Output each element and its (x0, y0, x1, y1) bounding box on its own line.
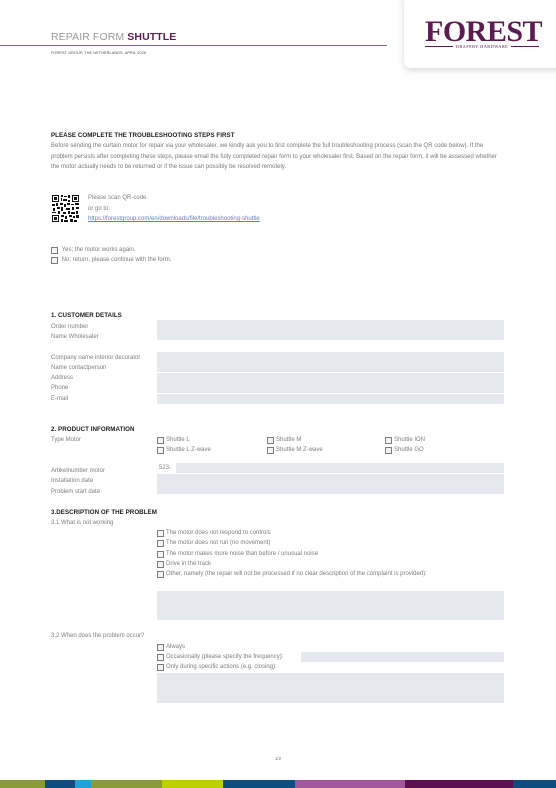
motor-shuttle-go[interactable]: Shuttle GO (385, 445, 424, 456)
option-label: Other, namely (the repair will not be pr… (166, 569, 427, 580)
option-label: The motor does not run (no movement) (166, 538, 270, 549)
label-when-occur: 3.2 When does the problem occur? (51, 631, 144, 641)
occur-specific-actions[interactable]: Only during specific actions (e.g. closi… (157, 662, 277, 673)
option-label: Only during specific actions (e.g. closi… (166, 662, 277, 673)
email-field[interactable] (157, 394, 504, 404)
logo-tagline-text: DRAPERY HARDWARE (456, 44, 508, 49)
checkbox[interactable] (385, 437, 392, 444)
product-heading: 2. PRODUCT INFORMATION (51, 426, 134, 433)
option-label: Shuttle M Z-wave (276, 445, 323, 456)
issue-drive-in-track[interactable]: Drive in the track (157, 559, 211, 570)
color-segment (0, 780, 45, 788)
article-number-field[interactable] (176, 463, 504, 473)
issue-no-movement[interactable]: The motor does not run (no movement) (157, 538, 270, 549)
checkbox[interactable] (157, 644, 164, 651)
label-installation-date: Installation date (51, 476, 93, 486)
qr-code-icon (52, 195, 79, 222)
option-label: The motor makes more noise than before /… (166, 549, 318, 560)
troubleshooting-link[interactable]: https://forestgroup.com/en/downloads/fil… (88, 214, 260, 224)
color-segment (405, 780, 513, 788)
dates-field[interactable] (157, 474, 504, 494)
label-name-wholesaler: Name Wholesaler (51, 332, 99, 342)
address-phone-field[interactable] (157, 373, 504, 393)
label-phone: Phone (51, 383, 68, 393)
checkbox[interactable] (385, 447, 392, 454)
color-segment (91, 780, 162, 788)
frequency-field[interactable] (301, 652, 504, 662)
issue-no-response[interactable]: The motor does not respond to controls (157, 528, 271, 539)
company-contact-field[interactable] (157, 352, 504, 372)
customer-heading: 1. CUSTOMER DETAILS (51, 312, 122, 319)
label-address: Address (51, 373, 73, 383)
checkbox[interactable] (157, 437, 164, 444)
motor-shuttle-m-zwave[interactable]: Shuttle M Z-wave (267, 445, 323, 456)
option-label: Shuttle L Z-wave (166, 445, 211, 456)
checkbox[interactable] (157, 551, 164, 558)
other-description-field[interactable] (157, 591, 504, 620)
checkbox[interactable] (157, 540, 164, 547)
qr-instruction: Please scan QR-code (88, 193, 146, 203)
title-light: REPAIR FORM (51, 31, 124, 43)
article-prefix: 523- (159, 463, 171, 473)
checkbox[interactable] (157, 664, 164, 671)
checkbox[interactable] (157, 571, 164, 578)
motor-shuttle-l-zwave[interactable]: Shuttle L Z-wave (157, 445, 211, 456)
occur-occasionally[interactable]: Occasionally (please specify the frequen… (157, 652, 283, 663)
color-segment (45, 780, 75, 788)
label-company-name: Company name interior decorator (51, 353, 140, 363)
option-label: Shuttle L (166, 435, 190, 446)
label-problem-start-date: Problem start date (51, 487, 100, 497)
color-segment (513, 780, 556, 788)
label-contact-person: Name contactperson (51, 363, 106, 373)
checkbox[interactable] (157, 447, 164, 454)
specific-actions-field[interactable] (157, 673, 504, 703)
option-label: Shuttle ION (394, 435, 425, 446)
motor-shuttle-ion[interactable]: Shuttle ION (385, 435, 425, 446)
title-strong: SHUTTLE (127, 31, 176, 43)
problem-heading: 3.DESCRIPTION OF THE PROBLEM (51, 509, 157, 516)
occur-always[interactable]: Always (157, 642, 185, 653)
color-segment (223, 780, 295, 788)
option-yes-works[interactable]: Yes; the motor works again. (51, 245, 136, 256)
title-divider (0, 45, 387, 46)
logo-tagline: DRAPERY HARDWARE (425, 43, 539, 49)
option-label: The motor does not respond to controls (166, 528, 271, 539)
label-order-number: Order number (51, 322, 88, 332)
document-subtitle: FOREST GROUP, THE NETHERLANDS, APRIL 202… (51, 51, 146, 55)
color-segment (295, 780, 405, 788)
motor-shuttle-l[interactable]: Shuttle L (157, 435, 190, 446)
checkbox[interactable] (267, 437, 274, 444)
intro-heading: PLEASE COMPLETE THE TROUBLESHOOTING STEP… (51, 132, 235, 139)
checkbox[interactable] (267, 447, 274, 454)
color-segment (75, 780, 91, 788)
label-article-number: Artikelnumber motor (51, 466, 105, 476)
footer-color-bar (0, 780, 556, 788)
option-label: Occasionally (please specify the frequen… (166, 652, 283, 663)
option-label: Shuttle GO (394, 445, 424, 456)
checkbox[interactable] (157, 561, 164, 568)
color-segment (162, 780, 223, 788)
label-what-not-working: 3.1 What is not working (51, 518, 113, 528)
option-label: Shuttle M (276, 435, 301, 446)
option-label: Always (166, 642, 185, 653)
order-wholesaler-field[interactable] (157, 320, 504, 340)
option-label: Yes; the motor works again. (62, 245, 136, 256)
intro-body: Before sending the curtain motor for rep… (51, 141, 506, 173)
checkbox[interactable] (157, 654, 164, 661)
checkbox[interactable] (51, 247, 58, 254)
motor-shuttle-m[interactable]: Shuttle M (267, 435, 301, 446)
issue-other[interactable]: Other, namely (the repair will not be pr… (157, 569, 427, 580)
option-label: No; return, please continue with the for… (62, 255, 172, 266)
logo-rule-left (425, 46, 453, 47)
option-label: Drive in the track (166, 559, 211, 570)
logo-rule-right (511, 46, 539, 47)
checkbox[interactable] (51, 257, 58, 264)
issue-noise[interactable]: The motor makes more noise than before /… (157, 549, 318, 560)
qr-or-go-to: or go to: (88, 204, 110, 214)
label-type-motor: Type Motor (51, 435, 81, 445)
label-email: E-mail (51, 394, 68, 404)
option-no-return[interactable]: No; return, please continue with the for… (51, 255, 171, 266)
checkbox[interactable] (157, 530, 164, 537)
page-number: 1/2 (0, 756, 556, 761)
document-title: REPAIR FORM SHUTTLE (51, 31, 176, 43)
